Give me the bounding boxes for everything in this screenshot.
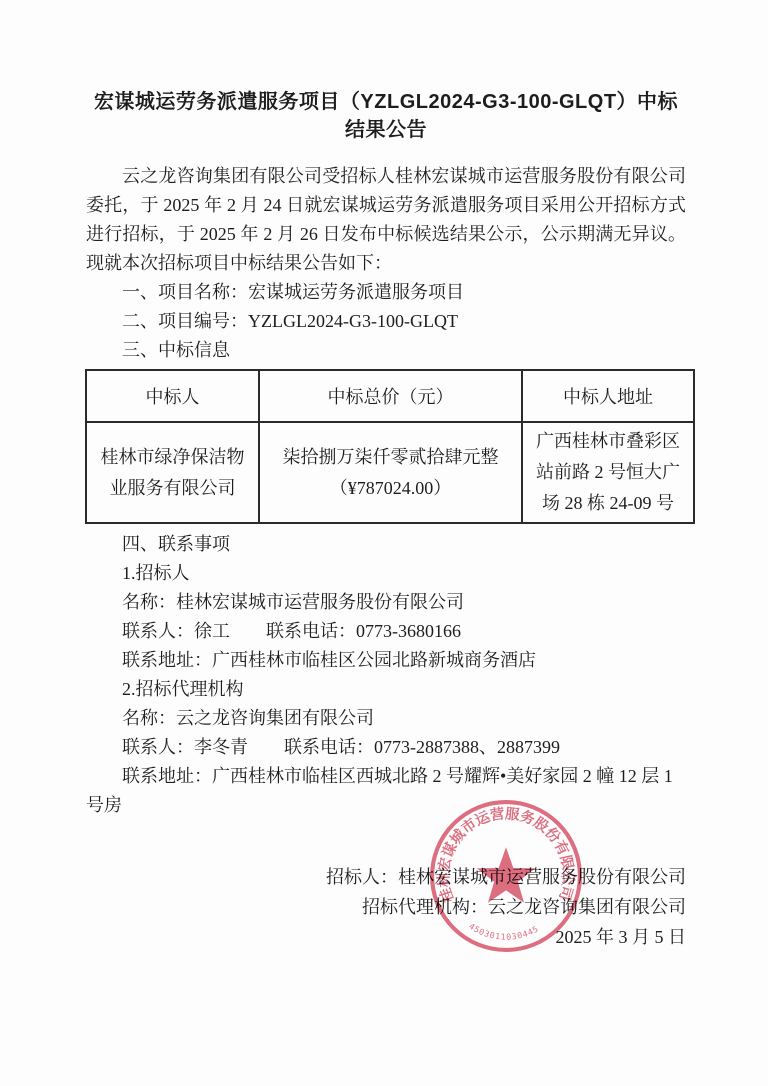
table-header-row: 中标人 中标总价（元） 中标人地址 xyxy=(86,370,694,422)
item-project-name: 一、项目名称：宏谋城运劳务派遣服务项目 xyxy=(86,278,686,307)
footer-agency: 招标代理机构：云之龙咨询集团有限公司 xyxy=(86,892,686,922)
agency-name: 名称：云之龙咨询集团有限公司 xyxy=(86,704,686,733)
tenderer-contact: 联系人：徐工 联系电话：0773-3680166 xyxy=(86,617,686,646)
footer-tenderer: 招标人：桂林宏谋城市运营服务股份有限公司 xyxy=(86,862,686,892)
item-project-number: 二、项目编号：YZLGL2024-G3-100-GLQT xyxy=(86,307,686,336)
signature-block: 招标人：桂林宏谋城市运营服务股份有限公司 招标代理机构：云之龙咨询集团有限公司 … xyxy=(86,862,686,952)
tenderer-address: 联系地址：广西桂林市临桂区公园北路新城商务酒店 xyxy=(86,646,686,675)
price-cell: 柒拾捌万柒仟零贰拾肆元整 （¥787024.00） xyxy=(259,422,522,523)
address-cell: 广西桂林市叠彩区站前路 2 号恒大广场 28 栋 24-09 号 xyxy=(522,422,694,523)
footer-date: 2025 年 3 月 5 日 xyxy=(86,922,686,952)
document-content: 宏谋城运劳务派遣服务项目（YZLGL2024-G3-100-GLQT）中标结果公… xyxy=(86,88,686,952)
tenderer-name: 名称：桂林宏谋城市运营服务股份有限公司 xyxy=(86,588,686,617)
table-row: 桂林市绿净保洁物业服务有限公司 柒拾捌万柒仟零贰拾肆元整 （¥787024.00… xyxy=(86,422,694,523)
announcement-title: 宏谋城运劳务派遣服务项目（YZLGL2024-G3-100-GLQT）中标结果公… xyxy=(90,88,682,144)
agency-address: 联系地址：广西桂林市临桂区西城北路 2 号耀辉•美好家园 2 幢 12 层 1 … xyxy=(86,762,686,820)
price-column-header: 中标总价（元） xyxy=(259,370,522,422)
tenderer-section-label: 1.招标人 xyxy=(86,559,686,588)
agency-contact: 联系人：李冬青 联系电话：0773-2887388、2887399 xyxy=(86,733,686,762)
address-column-header: 中标人地址 xyxy=(522,370,694,422)
contacts-heading: 四、联系事项 xyxy=(86,530,686,559)
item-award-info: 三、中标信息 xyxy=(86,336,686,365)
agency-section-label: 2.招标代理机构 xyxy=(86,675,686,704)
winner-cell: 桂林市绿净保洁物业服务有限公司 xyxy=(86,422,259,523)
intro-paragraph: 云之龙咨询集团有限公司受招标人桂林宏谋城市运营服务股份有限公司委托，于 2025… xyxy=(86,162,686,278)
winner-column-header: 中标人 xyxy=(86,370,259,422)
award-table: 中标人 中标总价（元） 中标人地址 桂林市绿净保洁物业服务有限公司 柒拾捌万柒仟… xyxy=(85,369,695,524)
document-page: 宏谋城运劳务派遣服务项目（YZLGL2024-G3-100-GLQT）中标结果公… xyxy=(0,0,768,1086)
